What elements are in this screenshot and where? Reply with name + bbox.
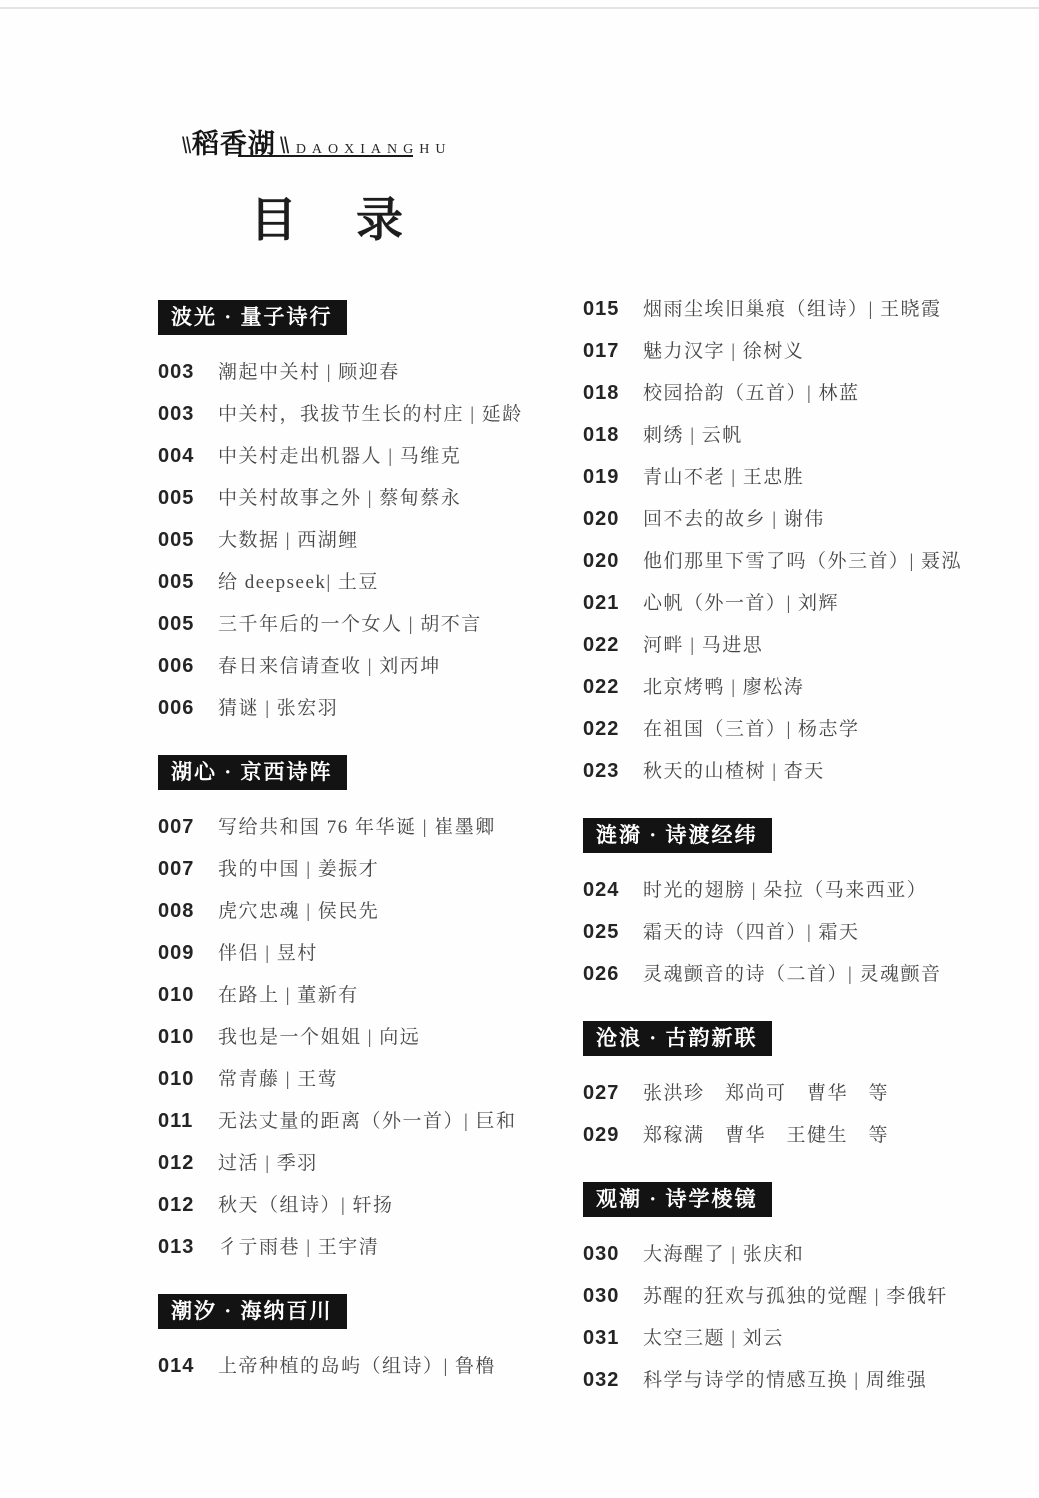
toc-entry: 012 秋天（组诗）| 轩扬 [158,1194,578,1217]
section-label: 沧浪 · 古韵新联 [596,1026,758,1050]
toc-entry: 022 河畔 | 马进思 [583,634,1003,657]
entry-page-number: 010 [158,1068,204,1091]
toc-entry: 004 中关村走出机器人 | 马维克 [158,445,578,468]
entry-page-number: 012 [158,1194,204,1217]
entry-page-number: 011 [158,1110,204,1133]
entry-page-number: 021 [583,592,629,615]
entry-text: 写给共和国 76 年华诞 | 崔墨卿 [218,816,496,839]
entry-text: 伴侣 | 昱村 [218,942,318,965]
scan-edge [0,7,1039,9]
entry-text: 给 deepseek| 土豆 [218,571,379,594]
entry-page-number: 009 [158,942,204,965]
toc-entry: 010 常青藤 | 王莺 [158,1068,578,1091]
section-header: 沧浪 · 古韵新联 [583,1021,772,1056]
entry-text: 心帆（外一首）| 刘辉 [643,592,839,615]
entry-page-number: 010 [158,984,204,1007]
entry-text: 春日来信请查收 | 刘丙坤 [218,655,441,678]
toc-entry: 020 回不去的故乡 | 谢伟 [583,508,1003,531]
entry-text: 中关村，我拔节生长的村庄 | 延龄 [218,403,523,426]
entry-text: 过活 | 季羽 [218,1152,318,1175]
entry-page-number: 022 [583,718,629,741]
entry-text: 三千年后的一个女人 | 胡不言 [218,613,482,636]
entry-page-number: 022 [583,634,629,657]
toc-entry: 007 写给共和国 76 年华诞 | 崔墨卿 [158,816,578,839]
entry-text: 我也是一个姐姐 | 向远 [218,1026,420,1049]
entry-text: 北京烤鸭 | 廖松涛 [643,676,804,699]
toc-entry: 021 心帆（外一首）| 刘辉 [583,592,1003,615]
toc-entry: 032 科学与诗学的情感互换 | 周维强 [583,1369,1003,1392]
entry-text: 时光的翅膀 | 朵拉（马来西亚） [643,879,927,902]
toc-entry: 020 他们那里下雪了吗（外三首）| 聂泓 [583,550,1003,573]
toc-entry: 015 烟雨尘埃旧巢痕（组诗）| 王晓霞 [583,298,1003,321]
section-header: 观潮 · 诗学棱镜 [583,1182,772,1217]
entry-page-number: 005 [158,529,204,552]
entry-text: 太空三题 | 刘云 [643,1327,784,1350]
entry-page-number: 030 [583,1243,629,1266]
entry-page-number: 030 [583,1285,629,1308]
entry-text: 苏醒的狂欢与孤独的觉醒 | 李俄轩 [643,1285,948,1308]
entry-page-number: 024 [583,879,629,902]
entry-text: 猜谜 | 张宏羽 [218,697,338,720]
entry-text: 在祖国（三首）| 杨志学 [643,718,860,741]
entry-text: 烟雨尘埃旧巢痕（组诗）| 王晓霞 [643,298,942,321]
toc-entry: 018 刺绣 | 云帆 [583,424,1003,447]
entry-page-number: 023 [583,760,629,783]
section-header: 涟漪 · 诗渡经纬 [583,818,772,853]
toc-entry: 010 我也是一个姐姐 | 向远 [158,1026,578,1049]
toc-entry: 022 在祖国（三首）| 杨志学 [583,718,1003,741]
entry-page-number: 019 [583,466,629,489]
entry-text: 校园拾韵（五首）| 林蓝 [643,382,860,405]
entry-page-number: 027 [583,1082,629,1105]
toc-entry: 014 上帝种植的岛屿（组诗）| 鲁橹 [158,1355,578,1378]
entry-page-number: 018 [583,382,629,405]
entry-page-number: 032 [583,1369,629,1392]
toc-entry: 024 时光的翅膀 | 朵拉（马来西亚） [583,879,1003,902]
entry-text: 河畔 | 马进思 [643,634,763,657]
toc-entry: 025 霜天的诗（四首）| 霜天 [583,921,1003,944]
entry-text: 魅力汉字 | 徐树义 [643,340,804,363]
toc-entry: 030 大海醒了 | 张庆和 [583,1243,1003,1266]
section-header: 波光 · 量子诗行 [158,300,347,335]
toc-entry: 011 无法丈量的距离（外一首）| 巨和 [158,1110,578,1133]
toc-entry: 029 郑稼满 曹华 王健生 等 [583,1124,1003,1147]
entry-page-number: 012 [158,1152,204,1175]
entry-page-number: 007 [158,858,204,881]
entry-text: 青山不老 | 王忠胜 [643,466,804,489]
entry-text: 张洪珍 郑尚可 曹华 等 [643,1082,889,1105]
entry-page-number: 020 [583,508,629,531]
entry-text: 无法丈量的距离（外一首）| 巨和 [218,1110,517,1133]
entry-text: 常青藤 | 王莺 [218,1068,338,1091]
entry-page-number: 017 [583,340,629,363]
toc-column-right: 015 烟雨尘埃旧巢痕（组诗）| 王晓霞 017 魅力汉字 | 徐树义 018 … [583,298,1003,1411]
entry-page-number: 015 [583,298,629,321]
masthead: \\ 稻香湖 \\ DAOXIANGHU [178,122,451,161]
toc-entry: 005 给 deepseek| 土豆 [158,571,578,594]
entry-page-number: 018 [583,424,629,447]
entry-text: 中关村故事之外 | 蔡甸蔡永 [218,487,461,510]
toc-entry: 005 中关村故事之外 | 蔡甸蔡永 [158,487,578,510]
toc-entry: 013 彳亍雨巷 | 王宇清 [158,1236,578,1259]
toc-entry: 031 太空三题 | 刘云 [583,1327,1003,1350]
entry-page-number: 014 [158,1355,204,1378]
entry-text: 科学与诗学的情感互换 | 周维强 [643,1369,927,1392]
toc-entry: 006 春日来信请查收 | 刘丙坤 [158,655,578,678]
entry-text: 灵魂颤音的诗（二首）| 灵魂颤音 [643,963,942,986]
entry-page-number: 005 [158,613,204,636]
section-label: 波光 · 量子诗行 [171,305,333,329]
toc-entry: 019 青山不老 | 王忠胜 [583,466,1003,489]
toc-entry: 009 伴侣 | 昱村 [158,942,578,965]
entry-text: 刺绣 | 云帆 [643,424,743,447]
entry-page-number: 029 [583,1124,629,1147]
entry-text: 彳亍雨巷 | 王宇清 [218,1236,379,1259]
toc-entry: 023 秋天的山楂树 | 杳天 [583,760,1003,783]
entry-text: 秋天的山楂树 | 杳天 [643,760,825,783]
entry-text: 中关村走出机器人 | 马维克 [218,445,461,468]
entry-page-number: 022 [583,676,629,699]
entry-text: 虎穴忠魂 | 侯民先 [218,900,379,923]
entry-text: 我的中国 | 姜振才 [218,858,379,881]
section-label: 观潮 · 诗学棱镜 [596,1187,758,1211]
entry-page-number: 006 [158,655,204,678]
toc-entry: 005 三千年后的一个女人 | 胡不言 [158,613,578,636]
entry-text: 郑稼满 曹华 王健生 等 [643,1124,889,1147]
entry-text: 潮起中关村 | 顾迎春 [218,361,400,384]
entry-page-number: 010 [158,1026,204,1049]
entry-text: 他们那里下雪了吗（外三首）| 聂泓 [643,550,962,573]
entry-page-number: 026 [583,963,629,986]
section-label: 潮汐 · 海纳百川 [171,1299,333,1323]
entry-page-number: 004 [158,445,204,468]
entry-page-number: 025 [583,921,629,944]
entry-text: 秋天（组诗）| 轩扬 [218,1194,394,1217]
toc-entry: 026 灵魂颤音的诗（二首）| 灵魂颤音 [583,963,1003,986]
toc-entry: 008 虎穴忠魂 | 侯民先 [158,900,578,923]
page-title: 目 录 [250,183,409,250]
toc-page: \\ 稻香湖 \\ DAOXIANGHU 目 录 波光 · 量子诗行 003 潮… [0,0,1039,1498]
entry-page-number: 003 [158,403,204,426]
toc-entry: 003 潮起中关村 | 顾迎春 [158,361,578,384]
toc-entry: 006 猜谜 | 张宏羽 [158,697,578,720]
toc-column-left: 波光 · 量子诗行 003 潮起中关村 | 顾迎春 003 中关村，我拔节生长的… [158,300,578,1397]
entry-page-number: 005 [158,571,204,594]
section-header: 潮汐 · 海纳百川 [158,1294,347,1329]
toc-entry: 022 北京烤鸭 | 廖松涛 [583,676,1003,699]
toc-entry: 003 中关村，我拔节生长的村庄 | 延龄 [158,403,578,426]
entry-page-number: 020 [583,550,629,573]
entry-page-number: 031 [583,1327,629,1350]
entry-text: 回不去的故乡 | 谢伟 [643,508,825,531]
entry-page-number: 003 [158,361,204,384]
section-label: 涟漪 · 诗渡经纬 [596,823,758,847]
entry-page-number: 008 [158,900,204,923]
logo-slash-left-icon: \\ [179,132,191,160]
entry-page-number: 006 [158,697,204,720]
toc-entry: 030 苏醒的狂欢与孤独的觉醒 | 李俄轩 [583,1285,1003,1308]
toc-entry: 018 校园拾韵（五首）| 林蓝 [583,382,1003,405]
entry-text: 大海醒了 | 张庆和 [643,1243,804,1266]
entry-page-number: 013 [158,1236,204,1259]
toc-entry: 017 魅力汉字 | 徐树义 [583,340,1003,363]
entry-page-number: 005 [158,487,204,510]
toc-entry: 012 过活 | 季羽 [158,1152,578,1175]
section-label: 湖心 · 京西诗阵 [171,760,333,784]
logo-underline [238,155,413,157]
toc-entry: 010 在路上 | 董新有 [158,984,578,1007]
toc-entry: 027 张洪珍 郑尚可 曹华 等 [583,1082,1003,1105]
entry-text: 上帝种植的岛屿（组诗）| 鲁橹 [218,1355,496,1378]
section-header: 湖心 · 京西诗阵 [158,755,347,790]
entry-text: 霜天的诗（四首）| 霜天 [643,921,860,944]
entry-page-number: 007 [158,816,204,839]
entry-text: 大数据 | 西湖鲤 [218,529,359,552]
toc-entry: 005 大数据 | 西湖鲤 [158,529,578,552]
toc-entry: 007 我的中国 | 姜振才 [158,858,578,881]
entry-text: 在路上 | 董新有 [218,984,359,1007]
